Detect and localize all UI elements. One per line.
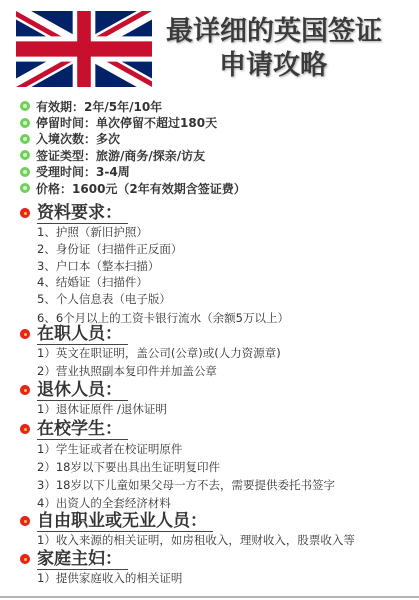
green-bullet-icon — [20, 150, 30, 160]
info-value: 单次停留不超过180天 — [96, 114, 217, 131]
red-bullet-icon — [20, 208, 30, 218]
section-header: 在校学生： — [20, 418, 335, 440]
green-bullet-icon — [20, 118, 30, 128]
list-item: 2）营业执照副本复印件并加盖公章 — [37, 363, 281, 381]
list-item: 1、护照（新旧护照） — [37, 224, 289, 241]
section-items: 1、护照（新旧护照） 2、身份证（扫描件正反面） 3、户口本（整本扫描） 4、结… — [20, 224, 289, 326]
section-freelance: 自由职业或无业人员： 1）收入来源的相关证明，如房租收入，理财收入，股票收入等 — [20, 510, 355, 550]
info-stay-duration: 停留时间：单次停留不超过180天 — [20, 114, 246, 130]
section-employed: 在职人员： 1）英文在职证明，盖公司(公章)或(人力资源章) 2）营业执照副本复… — [20, 323, 281, 380]
list-item: 1）退休证原件 /退休证明 — [37, 401, 167, 419]
section-items: 1）退休证原件 /退休证明 — [20, 401, 167, 419]
section-header: 资料要求： — [20, 202, 289, 224]
info-label: 价格： — [36, 180, 72, 197]
bottom-divider — [0, 596, 419, 598]
info-entries: 入境次数：多次 — [20, 131, 246, 147]
info-value: 旅游/商务/探亲/访友 — [96, 147, 205, 164]
list-item: 2）18岁以下要出具出生证明复印件 — [37, 458, 335, 476]
list-item: 5、个人信息表（电子版） — [37, 291, 289, 310]
section-title: 资料要求： — [37, 203, 128, 224]
info-validity: 有效期：2年/5年/10年 — [20, 98, 246, 114]
section-header: 家庭主妇： — [20, 548, 182, 570]
info-processing-time: 受理时间：3-4周 — [20, 164, 246, 180]
section-title: 自由职业或无业人员： — [37, 511, 213, 532]
page-title-line1: 最详细的英国签证 — [166, 17, 382, 47]
list-item: 1）提供家庭收入的相关证明 — [37, 570, 182, 588]
info-value: 3-4周 — [96, 163, 130, 180]
list-item: 4、结婚证（扫描件） — [37, 274, 289, 291]
green-bullet-icon — [20, 134, 30, 144]
visa-info-list: 有效期：2年/5年/10年 停留时间：单次停留不超过180天 入境次数：多次 签… — [20, 98, 246, 196]
info-value: 2年/5年/10年 — [84, 98, 162, 115]
section-documents: 资料要求： 1、护照（新旧护照） 2、身份证（扫描件正反面） 3、户口本（整本扫… — [20, 202, 289, 326]
section-homemaker: 家庭主妇： 1）提供家庭收入的相关证明 — [20, 548, 182, 588]
list-item: 1）英文在职证明，盖公司(公章)或(人力资源章) — [37, 345, 281, 363]
section-header: 自由职业或无业人员： — [20, 510, 355, 532]
red-bullet-icon — [20, 329, 30, 339]
list-item: 1）学生证或者在校证明原件 — [37, 440, 335, 458]
page-title-line2: 申请攻略 — [219, 51, 327, 81]
section-header: 退休人员： — [20, 379, 167, 401]
info-value: 多次 — [96, 130, 120, 147]
list-item: 3、户口本（整本扫描） — [37, 258, 289, 275]
section-title: 在校学生： — [37, 419, 128, 440]
green-bullet-icon — [20, 101, 30, 111]
red-bullet-icon — [20, 424, 30, 434]
section-items: 1）英文在职证明，盖公司(公章)或(人力资源章) 2）营业执照副本复印件并加盖公… — [20, 345, 281, 380]
section-items: 1）学生证或者在校证明原件 2）18岁以下要出具出生证明复印件 3）18岁以下儿… — [20, 440, 335, 512]
red-bullet-icon — [20, 385, 30, 395]
list-item: 2、身份证（扫描件正反面） — [37, 241, 289, 258]
info-label: 入境次数： — [36, 130, 96, 147]
section-title: 在职人员： — [37, 324, 128, 345]
list-item: 3）18岁以下儿童如果父母一方不去，需要提供委托书签字 — [37, 476, 335, 494]
section-header: 在职人员： — [20, 323, 281, 345]
list-item: 1）收入来源的相关证明，如房租收入，理财收入，股票收入等 — [37, 532, 355, 550]
green-bullet-icon — [20, 183, 30, 193]
section-title: 退休人员： — [37, 380, 128, 401]
section-students: 在校学生： 1）学生证或者在校证明原件 2）18岁以下要出具出生证明复印件 3）… — [20, 418, 335, 512]
section-items: 1）收入来源的相关证明，如房租收入，理财收入，股票收入等 — [20, 532, 355, 550]
info-label: 停留时间： — [36, 114, 96, 131]
info-visa-type: 签证类型：旅游/商务/探亲/访友 — [20, 147, 246, 163]
section-retired: 退休人员： 1）退休证原件 /退休证明 — [20, 379, 167, 419]
info-label: 有效期： — [36, 98, 84, 115]
red-bullet-icon — [20, 516, 30, 526]
green-bullet-icon — [20, 167, 30, 177]
info-price: 价格：1600元（2年有效期含签证费） — [20, 180, 246, 196]
red-bullet-icon — [20, 554, 30, 564]
info-value: 1600元（2年有效期含签证费） — [72, 180, 246, 197]
info-label: 受理时间： — [36, 163, 96, 180]
info-label: 签证类型： — [36, 147, 96, 164]
section-items: 1）提供家庭收入的相关证明 — [20, 570, 182, 588]
uk-flag-icon — [16, 11, 152, 87]
section-title: 家庭主妇： — [37, 549, 128, 570]
